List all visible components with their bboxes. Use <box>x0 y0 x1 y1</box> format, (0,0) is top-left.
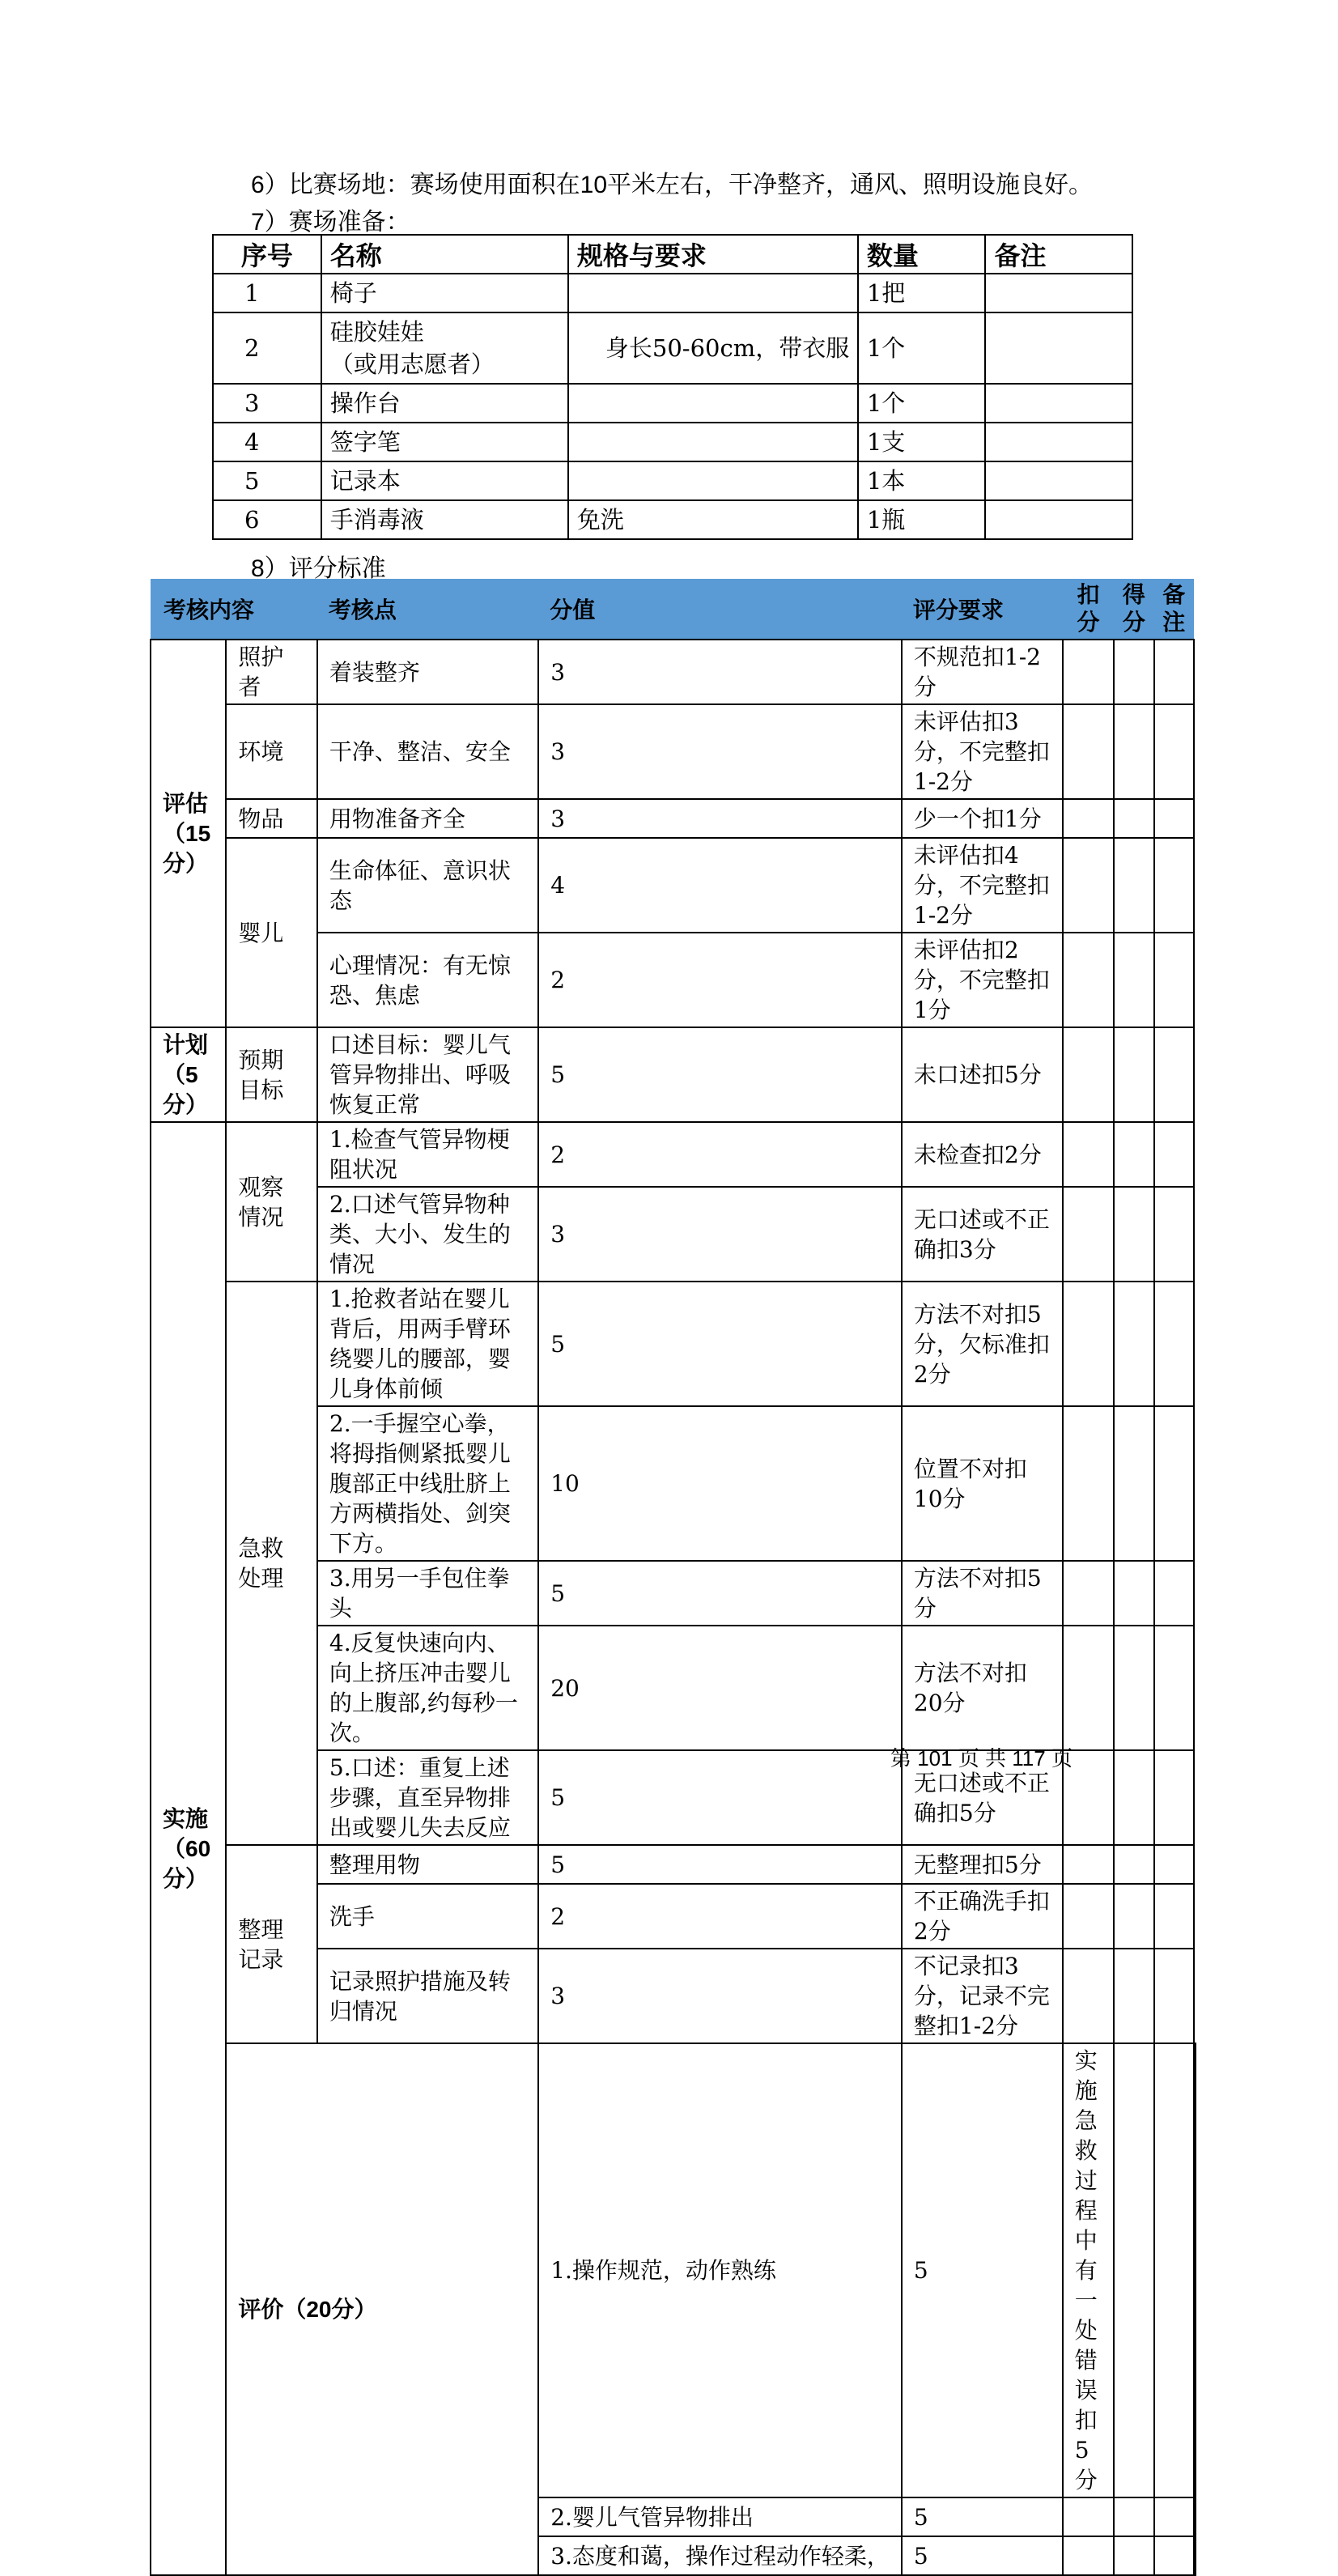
score-cell[interactable] <box>1114 1845 1153 1884</box>
cell <box>985 274 1132 312</box>
cell: 无整理扣5分 <box>902 1845 1063 1884</box>
table-row: 评估（15分） 照护者 着装整齐3不规范扣1-2分 <box>151 640 1196 704</box>
col-header-point: 考核点 <box>317 579 538 640</box>
cell: 3 <box>538 640 902 704</box>
cell: 1个 <box>858 384 986 423</box>
cell: 2.一手握空心拳，将拇指侧紧抵婴儿腹部正中线肚脐上方两横指处、剑突下方。 <box>317 1406 538 1561</box>
cell: 操作台 <box>321 384 568 423</box>
cat-line: 分） <box>163 1090 214 1120</box>
deduct-cell[interactable] <box>1063 1561 1114 1626</box>
cell: 2.婴儿气管异物排出 <box>538 2497 902 2536</box>
cell <box>568 423 858 461</box>
cell: 不正确洗手扣2分 <box>902 1884 1063 1949</box>
cat-line: 分） <box>163 1864 214 1894</box>
cat-line: 评估 <box>163 789 214 818</box>
note-cell[interactable] <box>1154 704 1194 799</box>
score-cell[interactable] <box>1114 1027 1153 1122</box>
score-cell[interactable] <box>1114 933 1153 1027</box>
prep-table: 序号 名称 规格与要求 数量 备注 1椅子1把 2硅胶娃娃（或用志愿者）身长50… <box>212 234 1133 540</box>
cell: 无口述或不正确扣3分 <box>902 1187 1063 1282</box>
deduct-cell[interactable] <box>1114 2497 1153 2536</box>
sub-line: 预期 <box>238 1045 305 1075</box>
scoring-table: 考核内容 考核点 分值 评分要求 扣分 得分 备注 评估（15分） 照护者 着装… <box>150 579 1196 2576</box>
cell: 2 <box>538 933 902 1027</box>
note-cell[interactable] <box>1154 1626 1194 1750</box>
col-header-value: 分值 <box>538 579 902 640</box>
note-cell[interactable] <box>1194 2497 1196 2536</box>
cell: 1 <box>213 274 321 312</box>
col-header-score: 得分 <box>1114 579 1153 640</box>
score-cell[interactable] <box>1154 2043 1194 2497</box>
score-cell[interactable] <box>1114 1561 1153 1626</box>
deduct-cell[interactable] <box>1063 1282 1114 1406</box>
cell: 用物准备齐全 <box>317 799 538 838</box>
deduct-cell[interactable] <box>1063 1626 1114 1750</box>
table-row: 4签字笔1支 <box>213 423 1132 461</box>
note-cell[interactable] <box>1154 838 1194 933</box>
note-cell[interactable] <box>1154 799 1194 838</box>
cell: 干净、整洁、安全 <box>317 704 538 799</box>
cat-line: 计划 <box>163 1030 214 1060</box>
deduct-cell[interactable] <box>1063 1949 1114 2043</box>
deduct-cell[interactable] <box>1063 1122 1114 1187</box>
cat-line: 实施 <box>163 1804 214 1834</box>
note-cell[interactable] <box>1154 1884 1194 1949</box>
cell: 实施急救过程中有一处错误扣5分 <box>1063 2043 1114 2497</box>
category-plan: 计划（5分） <box>151 1027 226 1122</box>
cell: 2 <box>538 1122 902 1187</box>
cell-line: （或用志愿者） <box>330 348 559 380</box>
cell: 整理用物 <box>317 1845 538 1884</box>
table-row: 急救处理 1.抢救者站在婴儿背后，用两手臂环绕婴儿的腰部，婴儿身体前倾5方法不对… <box>151 1282 1196 1406</box>
prep-header-row: 序号 名称 规格与要求 数量 备注 <box>213 235 1132 274</box>
cell: 20 <box>538 1626 902 1750</box>
cell: 5 <box>902 2043 1063 2497</box>
cell: 5.口述：重复上述步骤，直至异物排出或婴儿失去反应 <box>317 1750 538 1845</box>
cell: 5 <box>902 2497 1063 2536</box>
sub-line: 情况 <box>238 1202 305 1232</box>
subcategory: 预期目标 <box>226 1027 317 1122</box>
cell: 3 <box>538 1949 902 2043</box>
note-cell[interactable] <box>1154 1122 1194 1187</box>
section-7-heading: 7）赛场准备： <box>251 202 410 237</box>
cell: 未检查扣2分 <box>902 1122 1063 1187</box>
cell: 位置不对扣10分 <box>902 1406 1063 1561</box>
subcategory: 婴儿 <box>226 838 317 1027</box>
cell: 未评估扣3分，不完整扣1-2分 <box>902 704 1063 799</box>
cell: 6 <box>213 500 321 539</box>
cell: 生命体征、意识状态 <box>317 838 538 933</box>
col-header-deduct: 扣分 <box>1063 579 1114 640</box>
table-row: 环境 干净、整洁、安全3未评估扣3分，不完整扣1-2分 <box>151 704 1196 799</box>
score-cell[interactable] <box>1114 1282 1153 1406</box>
cat-line: 分） <box>163 848 214 878</box>
note-cell[interactable] <box>1154 1561 1194 1626</box>
cell: 2.口述气管异物种类、大小、发生的情况 <box>317 1187 538 1282</box>
table-row: 6手消毒液免洗1瓶 <box>213 500 1132 539</box>
cell: 10 <box>538 1406 902 1561</box>
table-row: 物品 用物准备齐全3少一个扣1分 <box>151 799 1196 838</box>
cell: 3 <box>538 1187 902 1282</box>
score-cell[interactable] <box>1114 640 1153 704</box>
cell <box>985 423 1132 461</box>
cell: 未评估扣2分，不完整扣1分 <box>902 933 1063 1027</box>
cell <box>985 500 1132 539</box>
header-line: 注 <box>1162 610 1185 635</box>
note-cell[interactable] <box>1154 1027 1194 1122</box>
sub-line: 整理 <box>238 1915 305 1945</box>
scoring-header-row: 考核内容 考核点 分值 评分要求 扣分 得分 备注 <box>151 579 1196 640</box>
sub-line: 处理 <box>238 1563 305 1593</box>
cell: 3 <box>538 704 902 799</box>
header-line: 分 <box>1123 610 1145 635</box>
note-cell[interactable] <box>1154 1845 1194 1884</box>
note-cell[interactable] <box>1154 1949 1194 2043</box>
deduct-cell[interactable] <box>1114 2536 1153 2575</box>
subcategory: 物品 <box>226 799 317 838</box>
cell: 3.用另一手包住拳头 <box>317 1561 538 1626</box>
cell: 方法不对扣20分 <box>902 1626 1063 1750</box>
cat-line: （15 <box>163 818 214 848</box>
table-row: 实施（60分） 观察情况 1.检查气管异物梗阻状况2未检查扣2分 <box>151 1122 1196 1187</box>
deduct-cell[interactable] <box>1063 704 1114 799</box>
cell: 1支 <box>858 423 986 461</box>
col-header-req: 评分要求 <box>902 579 1063 640</box>
cell: 着装整齐 <box>317 640 538 704</box>
cell: 记录本 <box>321 461 568 500</box>
cell: 方法不对扣5分 <box>902 1561 1063 1626</box>
header-line: 分 <box>1077 610 1099 635</box>
deduct-cell[interactable] <box>1063 838 1114 933</box>
note-cell[interactable] <box>1154 1406 1194 1561</box>
cell: 不记录扣3分，记录不完整扣1-2分 <box>902 1949 1063 2043</box>
cell: 5 <box>902 2536 1063 2575</box>
deduct-cell[interactable] <box>1063 640 1114 704</box>
cell <box>985 461 1132 500</box>
score-cell[interactable] <box>1114 1626 1153 1750</box>
sub-line: 记录 <box>238 1945 305 1975</box>
cell: 5 <box>538 1282 902 1406</box>
cell: 4.反复快速向内、向上挤压冲击婴儿的上腹部,约每秒一次。 <box>317 1626 538 1750</box>
note-cell[interactable] <box>1154 933 1194 1027</box>
note-cell[interactable] <box>1154 640 1194 704</box>
category-evaluate: 评价（20分） <box>226 2043 538 2575</box>
score-cell[interactable] <box>1114 1949 1153 2043</box>
cell: 手消毒液 <box>321 500 568 539</box>
sub-line: 目标 <box>238 1075 305 1105</box>
cell: 硅胶娃娃（或用志愿者） <box>321 312 568 384</box>
cell <box>1063 2497 1114 2536</box>
score-cell[interactable] <box>1154 2497 1194 2536</box>
cell: 3 <box>213 384 321 423</box>
table-row: 整理记录 整理用物5无整理扣5分 <box>151 1845 1196 1884</box>
cell <box>568 384 858 423</box>
cell: 5 <box>538 1750 902 1845</box>
sub-line: 观察 <box>238 1172 305 1202</box>
score-cell[interactable] <box>1114 1406 1153 1561</box>
cell <box>1063 2536 1114 2575</box>
table-row: 3操作台1个 <box>213 384 1132 423</box>
subcategory: 急救处理 <box>226 1282 317 1845</box>
cell: 1把 <box>858 274 986 312</box>
table-row: 婴儿 生命体征、意识状态4未评估扣4分，不完整扣1-2分 <box>151 838 1196 933</box>
cell: 方法不对扣5分，欠标准扣2分 <box>902 1282 1063 1406</box>
header-line: 扣 <box>1077 582 1099 607</box>
cell: 3 <box>538 799 902 838</box>
cell: 未评估扣4分，不完整扣1-2分 <box>902 838 1063 933</box>
section-6-venue: 6）比赛场地：赛场使用面积在10平米左右，干净整齐，通风、照明设施良好。 <box>251 164 1093 200</box>
header-line: 备 <box>1162 582 1185 607</box>
note-cell[interactable] <box>1154 1187 1194 1282</box>
score-cell[interactable] <box>1114 1884 1153 1949</box>
subcategory: 环境 <box>226 704 317 799</box>
subcategory: 观察情况 <box>226 1122 317 1282</box>
note-cell[interactable] <box>1154 1750 1194 1845</box>
score-cell[interactable] <box>1114 838 1153 933</box>
table-row: 计划（5分） 预期目标 口述目标：婴儿气管异物排出、呼吸恢复正常5未口述扣5分 <box>151 1027 1196 1122</box>
deduct-cell[interactable] <box>1114 2043 1153 2497</box>
cell: 签字笔 <box>321 423 568 461</box>
cell <box>568 274 858 312</box>
cell: 记录照护措施及转归情况 <box>317 1949 538 2043</box>
score-cell[interactable] <box>1154 2536 1194 2575</box>
sub-line: 急救 <box>238 1533 305 1563</box>
cell: 1瓶 <box>858 500 986 539</box>
cell: 4 <box>538 838 902 933</box>
cell: 椅子 <box>321 274 568 312</box>
score-cell[interactable] <box>1114 799 1153 838</box>
cell: 免洗 <box>568 500 858 539</box>
cell: 身长50-60cm，带衣服 <box>568 312 858 384</box>
cell: 2 <box>213 312 321 384</box>
cell: 未口述扣5分 <box>902 1027 1063 1122</box>
cell: 5 <box>538 1561 902 1626</box>
table-row: 评价（20分） 1.操作规范，动作熟练5实施急救过程中有一处错误扣5分 <box>151 2043 1196 2497</box>
note-cell[interactable] <box>1154 1282 1194 1406</box>
cell-line: 硅胶娃娃 <box>330 316 559 348</box>
cell: 不规范扣1-2分 <box>902 640 1063 704</box>
score-cell[interactable] <box>1114 1187 1153 1282</box>
cell <box>985 312 1132 384</box>
cell: 1个 <box>858 312 986 384</box>
cell: 3.态度和蔼，操作过程动作轻柔， <box>538 2536 902 2575</box>
cell: 1.检查气管异物梗阻状况 <box>317 1122 538 1187</box>
deduct-cell[interactable] <box>1063 1406 1114 1561</box>
deduct-cell[interactable] <box>1063 1187 1114 1282</box>
table-row: 1椅子1把 <box>213 274 1132 312</box>
col-header: 名称 <box>321 235 568 274</box>
category-implement: 实施（60分） <box>151 1122 226 2575</box>
subcategory: 照护者 <box>226 640 317 704</box>
cat-line: （60 <box>163 1834 214 1864</box>
col-header: 数量 <box>858 235 986 274</box>
cell: 1.抢救者站在婴儿背后，用两手臂环绕婴儿的腰部，婴儿身体前倾 <box>317 1282 538 1406</box>
deduct-cell[interactable] <box>1063 933 1114 1027</box>
cell: 口述目标：婴儿气管异物排出、呼吸恢复正常 <box>317 1027 538 1122</box>
cell: 1.操作规范，动作熟练 <box>538 2043 902 2497</box>
page-footer: 第 101 页 共 117 页 <box>890 1742 1073 1772</box>
cell: 1本 <box>858 461 986 500</box>
cell: 5 <box>538 1845 902 1884</box>
header-line: 得 <box>1123 582 1145 607</box>
deduct-cell[interactable] <box>1063 799 1114 838</box>
cell: 洗手 <box>317 1884 538 1949</box>
cell: 2 <box>538 1884 902 1949</box>
cell: 5 <box>538 1027 902 1122</box>
cell: 4 <box>213 423 321 461</box>
deduct-cell[interactable] <box>1063 1027 1114 1122</box>
score-cell[interactable] <box>1114 1750 1153 1845</box>
col-header: 备注 <box>985 235 1132 274</box>
cell: 心理情况：有无惊恐、焦虑 <box>317 933 538 1027</box>
cell: 5 <box>213 461 321 500</box>
score-cell[interactable] <box>1114 1122 1153 1187</box>
col-header-note: 备注 <box>1154 579 1194 640</box>
col-header-content: 考核内容 <box>151 579 317 640</box>
deduct-cell[interactable] <box>1063 1884 1114 1949</box>
cell <box>985 384 1132 423</box>
table-row: 2硅胶娃娃（或用志愿者）身长50-60cm，带衣服1个 <box>213 312 1132 384</box>
cell <box>568 461 858 500</box>
col-header: 序号 <box>213 235 321 274</box>
score-cell[interactable] <box>1114 704 1153 799</box>
cell: 少一个扣1分 <box>902 799 1063 838</box>
subcategory: 整理记录 <box>226 1845 317 2043</box>
note-cell[interactable] <box>1194 2536 1196 2575</box>
category-assess: 评估（15分） <box>151 640 226 1027</box>
cat-line: （5 <box>163 1060 214 1090</box>
col-header: 规格与要求 <box>568 235 858 274</box>
note-cell[interactable] <box>1194 2043 1196 2497</box>
table-row: 5记录本1本 <box>213 461 1132 500</box>
deduct-cell[interactable] <box>1063 1845 1114 1884</box>
